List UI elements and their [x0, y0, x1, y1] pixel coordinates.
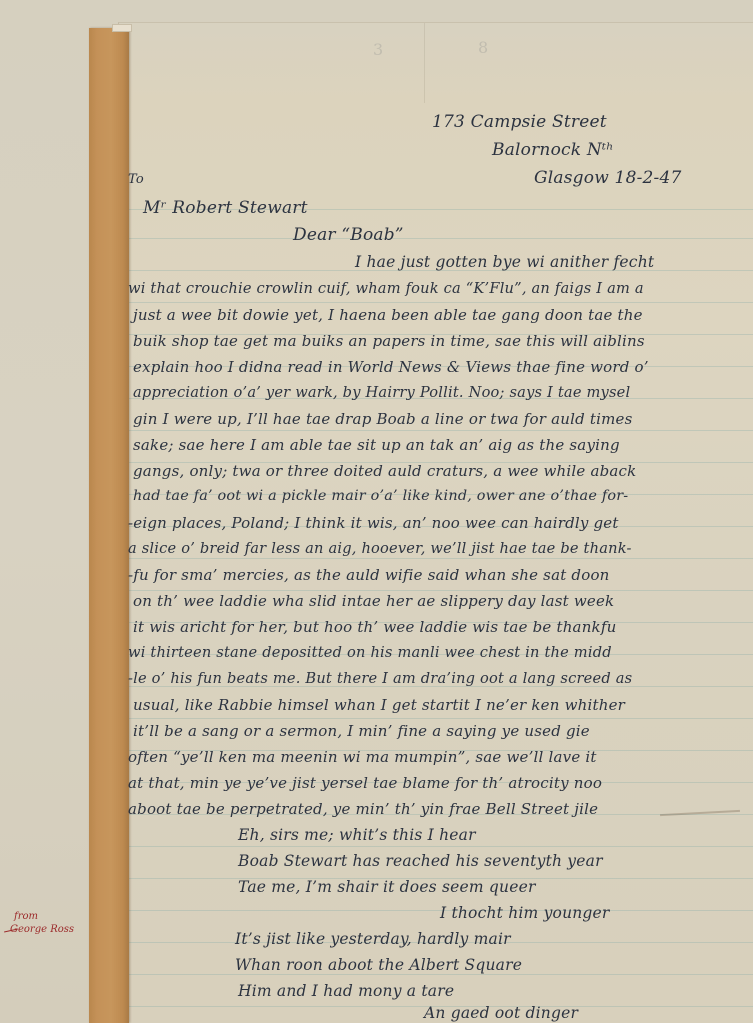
body-line: had tae fa’ oot wi a pickle mair o’a’ li… [133, 488, 628, 504]
address-line-1: 173 Campsie Street [432, 112, 607, 132]
body-line: appreciation o’a’ yer wark, by Hairry Po… [133, 384, 630, 401]
poem-line: An gaed oot dinger [424, 1004, 578, 1022]
body-line: explain hoo I didna read in World News &… [133, 358, 649, 376]
body-line: -le o’ his fun beats me. But there I am … [128, 670, 632, 687]
ruled-line [119, 238, 753, 239]
body-line: aboot tae be perpetrated, ye min’ th’ yi… [128, 800, 598, 818]
body-line: -eign places, Poland; I think it wis, an… [128, 514, 619, 532]
body-line: usual, like Rabbie himsel whan I get sta… [133, 696, 625, 714]
ruled-line [119, 974, 753, 975]
poem-line: Tae me, I’m shair it does seem queer [238, 878, 536, 896]
tape-cap [112, 24, 132, 32]
ruled-line [119, 718, 753, 719]
poem-line: Him and I had mony a tare [238, 982, 454, 1000]
body-line: buik shop tae get ma buiks an papers in … [133, 332, 645, 350]
margin-note-line-2: George Ross [10, 923, 74, 936]
salutation: Dear “Boab” [293, 225, 404, 245]
body-line: at that, min ye ye’ve jist yersel tae bl… [128, 774, 602, 792]
ruled-line [119, 430, 753, 431]
address-line-2: Balornock Nᵗʰ [492, 140, 614, 160]
body-line: it wis aricht for her, but hoo th’ wee l… [133, 618, 616, 636]
body-line: just a wee bit dowie yet, I haena been a… [133, 306, 643, 324]
recipient-name: Mʳ Robert Stewart [143, 198, 308, 218]
to-mark: To [128, 172, 144, 187]
body-line: wi that crouchie crowlin cuif, wham fouk… [128, 280, 644, 297]
body-line: gangs, only; twa or three doited auld cr… [133, 462, 636, 480]
ruled-line [119, 558, 753, 559]
body-line: gin I were up, I’ll hae tae drap Boab a … [133, 410, 633, 428]
body-line: I hae just gotten bye wi anither fecht [355, 253, 654, 271]
poem-line: I thocht him younger [440, 904, 610, 922]
body-line: on th’ wee laddie wha slid intae her ae … [133, 592, 614, 610]
body-line: -fu for sma’ mercies, as the auld wifie … [128, 566, 610, 584]
ruled-line [119, 910, 753, 911]
margin-note-line-1: from [10, 910, 74, 923]
poem-line: Eh, sirs me; whit’s this I hear [238, 826, 476, 844]
body-line: sake; sae here I am able tae sit up an t… [133, 436, 620, 454]
fold-crease [424, 23, 425, 103]
body-line: a slice o’ breid far less an aig, hooeve… [128, 540, 632, 557]
faint-mark: 3 [373, 40, 383, 59]
ruled-line [119, 590, 753, 591]
ruled-line [119, 846, 753, 847]
ruled-line [119, 302, 753, 303]
binding-tape [89, 28, 129, 1023]
address-line-3-date: Glasgow 18-2-47 [534, 168, 682, 188]
body-line: wi thirteen stane depositted on his manl… [128, 644, 612, 661]
poem-line: Boab Stewart has reached his seventyth y… [238, 852, 603, 870]
body-line: often “ye’ll ken ma meenin wi ma mumpin”… [128, 748, 597, 766]
body-line: it’ll be a sang or a sermon, I min’ fine… [133, 722, 590, 740]
poem-line: Whan roon aboot the Albert Square [235, 956, 522, 974]
poem-line: It’s jist like yesterday, hardly mair [235, 930, 511, 948]
faint-mark: 8 [478, 38, 488, 57]
margin-note: from George Ross [10, 910, 74, 936]
